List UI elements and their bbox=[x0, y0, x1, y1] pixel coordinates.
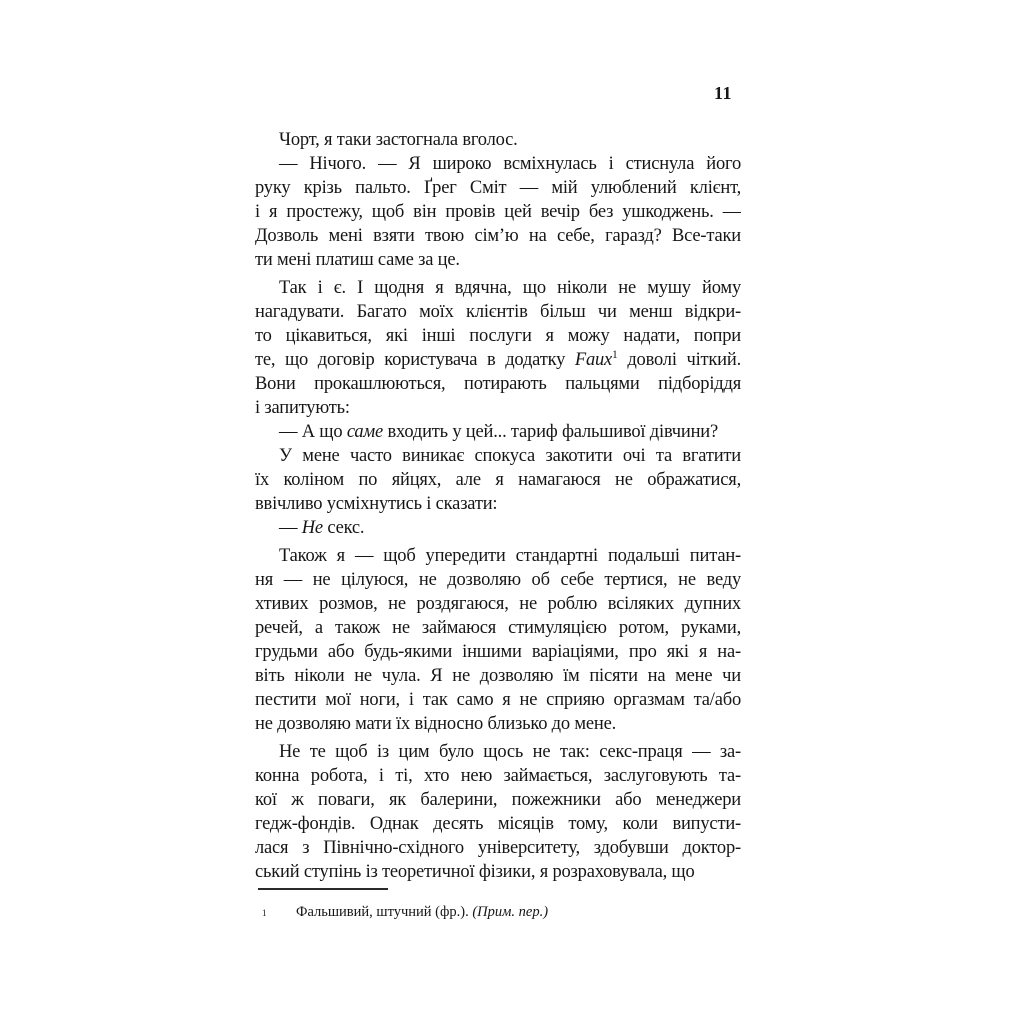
body-text: Чорт, я таки застогнала вголос.— Нічого.… bbox=[255, 128, 741, 884]
text-run: руку крізь пальто. Ґрег Сміт — мій улюбл… bbox=[255, 178, 741, 198]
text-run: Фальшивий, штучний (фр.). bbox=[296, 904, 472, 920]
text-line: Чорт, я таки застогнала вголос. bbox=[255, 128, 741, 152]
footnote: 1 Фальшивий, штучний (фр.). (Прим. пер.) bbox=[255, 902, 741, 922]
text-run: Чорт, я таки застогнала вголос. bbox=[279, 130, 518, 150]
text-line: Дозволь мені взяти твою сім’ю на себе, г… bbox=[255, 224, 741, 248]
text-line: лася з Північно-східного університету, з… bbox=[255, 836, 741, 860]
text-run: конна робота, і ті, хто нею займається, … bbox=[255, 766, 741, 786]
text-line: Не те щоб із цим було щось не так: секс-… bbox=[255, 740, 741, 764]
text-line: хтивих розмов, не роздягаюся, не роблю в… bbox=[255, 592, 741, 616]
text-run: — А що bbox=[279, 422, 347, 442]
text-run: ський ступінь із теоретичної фізики, я р… bbox=[255, 862, 695, 882]
text-run: їх коліном по яйцях, але я намагаюся не … bbox=[255, 470, 741, 490]
text-line: конна робота, і ті, хто нею займається, … bbox=[255, 764, 741, 788]
text-run: хтивих розмов, не роздягаюся, не роблю в… bbox=[255, 594, 741, 614]
text-run: Вони прокашлюються, потирають пальцями п… bbox=[255, 374, 741, 394]
text-run: віть ніколи не чула. Я не дозволяю їм пі… bbox=[255, 666, 741, 686]
text-run: входить у цей... тариф фальшивої дівчини… bbox=[383, 422, 718, 442]
text-run: лася з Північно-східного університету, з… bbox=[255, 838, 741, 858]
text-run: кої ж поваги, як балерини, пожежники або… bbox=[255, 790, 741, 810]
text-run: і я простежу, щоб він провів цей вечір б… bbox=[255, 202, 741, 222]
text-line: гедж-фондів. Однак десять місяців тому, … bbox=[255, 812, 741, 836]
text-line: ня — не цілуюся, не дозволяю об себе тер… bbox=[255, 568, 741, 592]
text-run: грудьми або будь-якими іншими варіаціями… bbox=[255, 642, 741, 662]
text-run: те, що договір користувача в додатку bbox=[255, 350, 575, 370]
text-line: і запитують: bbox=[255, 396, 741, 420]
text-run: пестити мої ноги, і так само я не сприяю… bbox=[255, 690, 741, 710]
text-run: доволі чіткий. bbox=[618, 350, 741, 370]
text-run: гедж-фондів. Однак десять місяців тому, … bbox=[255, 814, 741, 834]
text-run: речей, а також не займаюся стимуляцією р… bbox=[255, 618, 741, 638]
text-line: кої ж поваги, як балерини, пожежники або… bbox=[255, 788, 741, 812]
text-line: грудьми або будь-якими іншими варіаціями… bbox=[255, 640, 741, 664]
text-line: — Нічого. — Я широко всміхнулась і стисн… bbox=[255, 152, 741, 176]
text-run: ти мені платиш саме за це. bbox=[255, 250, 460, 270]
text-run: ня — не цілуюся, не дозволяю об себе тер… bbox=[255, 570, 741, 590]
text-line: то цікавиться, які інші послуги я можу н… bbox=[255, 324, 741, 348]
text-line: речей, а також не займаюся стимуляцією р… bbox=[255, 616, 741, 640]
text-run: Дозволь мені взяти твою сім’ю на себе, г… bbox=[255, 226, 741, 246]
paragraph: — Нічого. — Я широко всміхнулась і стисн… bbox=[255, 152, 741, 272]
text-line: Також я — щоб упередити стандартні подал… bbox=[255, 544, 741, 568]
book-page: 11 Чорт, я таки застогнала вголос.— Нічо… bbox=[0, 0, 1024, 1024]
text-line: руку крізь пальто. Ґрег Сміт — мій улюбл… bbox=[255, 176, 741, 200]
text-line: нагадувати. Багато моїх клієнтів більш ч… bbox=[255, 300, 741, 324]
text-line: ти мені платиш саме за це. bbox=[255, 248, 741, 272]
text-run: Faux bbox=[575, 350, 612, 370]
text-run: нагадувати. Багато моїх клієнтів більш ч… bbox=[255, 302, 741, 322]
text-run: — bbox=[279, 518, 302, 538]
text-run: не дозволяю мати їх відносно близько до … bbox=[255, 714, 616, 734]
text-line: Вони прокашлюються, потирають пальцями п… bbox=[255, 372, 741, 396]
text-run: то цікавиться, які інші послуги я можу н… bbox=[255, 326, 741, 346]
text-run: Не те щоб із цим було щось не так: секс-… bbox=[279, 742, 741, 762]
paragraph: — Не секс. bbox=[255, 516, 741, 540]
text-line: віть ніколи не чула. Я не дозволяю їм пі… bbox=[255, 664, 741, 688]
text-line: пестити мої ноги, і так само я не сприяю… bbox=[255, 688, 741, 712]
text-run: секс. bbox=[323, 518, 364, 538]
paragraph: Також я — щоб упередити стандартні подал… bbox=[255, 544, 741, 736]
text-line: і я простежу, щоб він провів цей вечір б… bbox=[255, 200, 741, 224]
text-run: саме bbox=[347, 422, 383, 442]
text-line: ввічливо усміхнутись і сказати: bbox=[255, 492, 741, 516]
text-run: У мене часто виникає спокуса закотити оч… bbox=[279, 446, 741, 466]
page-number: 11 bbox=[255, 83, 732, 103]
text-run: — Нічого. — Я широко всміхнулась і стисн… bbox=[279, 154, 741, 174]
text-line: У мене часто виникає спокуса закотити оч… bbox=[255, 444, 741, 468]
footnote-text: Фальшивий, штучний (фр.). (Прим. пер.) bbox=[255, 902, 741, 922]
text-line: — А що саме входить у цей... тариф фальш… bbox=[255, 420, 741, 444]
text-run: і запитують: bbox=[255, 398, 350, 418]
text-run: Також я — щоб упередити стандартні подал… bbox=[279, 546, 741, 566]
paragraph: Чорт, я таки застогнала вголос. bbox=[255, 128, 741, 152]
text-run: Так і є. І щодня я вдячна, що ніколи не … bbox=[279, 278, 741, 298]
paragraph: — А що саме входить у цей... тариф фальш… bbox=[255, 420, 741, 444]
text-line: — Не секс. bbox=[255, 516, 741, 540]
text-line: те, що договір користувача в додатку Fau… bbox=[255, 348, 741, 372]
text-run: Не bbox=[302, 518, 323, 538]
text-run: ввічливо усміхнутись і сказати: bbox=[255, 494, 497, 514]
text-line: Так і є. І щодня я вдячна, що ніколи не … bbox=[255, 276, 741, 300]
text-run: (Прим. пер.) bbox=[472, 904, 548, 920]
footnote-marker: 1 bbox=[262, 903, 267, 923]
text-line: не дозволяю мати їх відносно близько до … bbox=[255, 712, 741, 736]
paragraph: У мене часто виникає спокуса закотити оч… bbox=[255, 444, 741, 516]
paragraph: Не те щоб із цим було щось не так: секс-… bbox=[255, 740, 741, 884]
text-line: ський ступінь із теоретичної фізики, я р… bbox=[255, 860, 741, 884]
paragraph: Так і є. І щодня я вдячна, що ніколи не … bbox=[255, 276, 741, 420]
text-line: їх коліном по яйцях, але я намагаюся не … bbox=[255, 468, 741, 492]
footnote-divider bbox=[258, 888, 388, 890]
